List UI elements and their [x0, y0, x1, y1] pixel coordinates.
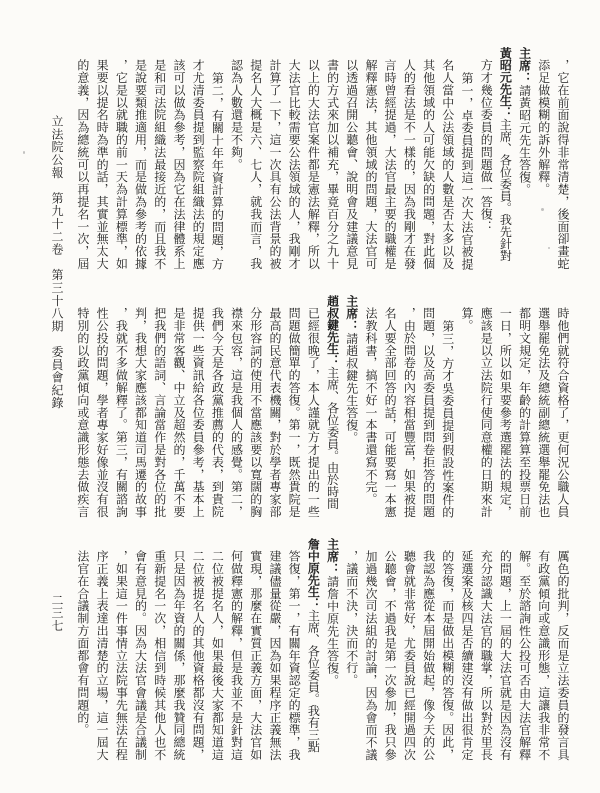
gutter-running-title: 立法院公報 第九十二卷 第三十八期 委員會紀錄 [50, 115, 64, 409]
text-column: 名人要全部回答的話，可能要寫一本憲 [380, 295, 399, 521]
text-column: 第三，方才吳委員提到假設性案件的 [438, 295, 457, 521]
speaker-column: 主席：請詹中原先生答復。 [322, 538, 341, 764]
text-column: 的意義，因為總統可以再提名一次，屆 [73, 47, 92, 273]
speaker-name: 主席： [345, 295, 359, 332]
text-column: 是非常客觀、中立及超然的，千萬不要 [169, 295, 188, 521]
text-column: 時他們就符合資格了，更何況公職人員 [553, 295, 572, 521]
text-column: 算。 [457, 295, 476, 521]
text-column: 充分認識大法官的職掌，所以對於里長 [476, 538, 495, 764]
speaker-name: 詹中原先生： [306, 538, 320, 609]
text-column: 言時曾經提過，大法官最主要的職權是 [380, 47, 399, 273]
text-column: 選舉罷免法及總統副總統選舉罷免法也 [534, 295, 553, 521]
text-column: 二位被提名人，如果最後大家都知道這 [207, 538, 226, 764]
speaker-name: 主席： [326, 538, 340, 575]
gazette-page: 立法院公報 第九十二卷 第三十八期 委員會紀錄 二三七 ，它在前面說得非常清楚，… [0, 0, 600, 793]
text-column: 是說要類推適用，而是做為參考的依據 [130, 47, 149, 273]
speaker-column: 詹中原先生：主席、各位委員。我有三點 [303, 538, 322, 764]
text-column: 添足做模糊的訴外解釋。 [534, 47, 553, 273]
scan-speck [541, 208, 544, 211]
text-column: 大法官比較需要公法領域的人，我剛才 [284, 47, 303, 273]
scan-speck [23, 151, 25, 154]
text-column: 應該是以立法院行使同意權的日期來計 [476, 295, 495, 521]
text-column: 重新提名一次，相信到時候其他人也不 [150, 538, 169, 764]
text-column: ，議而不決，決而不行。 [342, 538, 361, 764]
speaker-column: 黃昭元先生：主席、各位委員。我先針對 [495, 47, 514, 273]
text-column: 提名人大概是六、七人，就我而言，我 [246, 47, 265, 273]
text-column: 的問題，上一屆的大法官就是因為沒有 [495, 538, 514, 764]
speaker-column: 主席：請趙叔鍵先生答復。 [342, 295, 361, 521]
text-column: 實現，那麼在實質正義方面，大法官如 [246, 538, 265, 764]
text-column: 加過幾次司法組的討論，因為會而不議 [361, 538, 380, 764]
text-column: 解釋憲法，其他領域的問題，大法官可 [361, 47, 380, 273]
text-column: 聽會就非常好，尤委員說已經開過四次 [399, 538, 418, 764]
scan-speck [548, 247, 550, 249]
text-column: 書的方式來加以補充，畢竟百分之九十 [322, 47, 341, 273]
text-column: 厲色的批判，反而是立法委員的發言具 [553, 538, 572, 764]
text-column: 法官在合議制方面都會有問題的。 [73, 538, 92, 764]
text-column: ，我就不多做解釋了。第三，有關諮詢 [111, 295, 130, 521]
speaker-name: 趙叔鍵先生： [326, 295, 340, 366]
text-column: 第二，有關十年年資計算的問題，方 [207, 47, 226, 273]
text-column: 才尤清委員提到監察院組織法的規定應 [188, 47, 207, 273]
text-column: 都明文規定，年齡的計算算至投票日前 [514, 295, 533, 521]
text-column: 方才幾位委員的問題做一答復： [476, 47, 495, 273]
text-column: 該可以做為參考，因為它在法律體系上 [169, 47, 188, 273]
text-column: 認為人數還是不夠。 [226, 47, 245, 273]
text-column: 襟來包容，這是我個人的感覺。第二， [226, 295, 245, 521]
text-column: 只是因為年資的關係，那麼我贊同總統 [169, 538, 188, 764]
text-register-bottom: 厲色的批判，反而是立法委員的發言具有政黨傾向或意識形態，這讓我非常不解。至於諮詢… [73, 538, 572, 764]
text-column: 以透過召開公聽會、說明會及建議意見 [342, 47, 361, 273]
speaker-column: 趙叔鍵先生：主席、各位委員。由於時間 [322, 295, 341, 521]
text-column: 第一，卓委員提到這一次大法官被提 [457, 47, 476, 273]
text-column: 二位被提名人的其他資格都沒有問題， [188, 538, 207, 764]
text-register-top: ，它在前面說得非常清楚，後面卻畫蛇添足做模糊的訴外解釋。主席：請黃昭元先生答復。… [73, 47, 572, 273]
text-column: 我們今天是各政黨推薦的代表，到貴院 [207, 295, 226, 521]
text-column: 判，我想大家應該都知道司馬遷的故事 [130, 295, 149, 521]
text-column: 有政黨傾向或意識形態，這讓我非常不 [534, 538, 553, 764]
speaker-column: 主席：請黃昭元先生答復。 [514, 47, 533, 273]
speaker-name: 主席： [518, 47, 532, 84]
text-column: 公聽會，不過我是第一次參加，我只參 [380, 538, 399, 764]
text-column: 解。至於諮詢性公投可否由大法官解釋 [514, 538, 533, 764]
text-column: 的答復，而是做出模糊的答復。因此， [438, 538, 457, 764]
page-number: 二三七 [50, 594, 64, 632]
text-column: 是和司法院組織法最接近的，而且我不 [150, 47, 169, 273]
text-column: 特別的以政黨傾向或意識形態去做疾言 [73, 295, 92, 521]
text-column: 提供一些資訊給各位委員參考，基本上 [188, 295, 207, 521]
text-column: 分形容詞的使用不當應該要以寬闊的胸 [246, 295, 265, 521]
text-column: 問題，以及高委員提到問卷拒答的問題 [418, 295, 437, 521]
text-column: 法教科書，搞不好一本書還寫不完。 [361, 295, 380, 521]
text-column: 已經很晚了，本人謹就方才提出的一些 [303, 295, 322, 521]
text-column: 一日，所以如果要參考選罷法的規定， [495, 295, 514, 521]
text-column: ，由於問卷的內容相當豐富，如果被提 [399, 295, 418, 521]
speaker-name: 黃昭元先生： [498, 47, 512, 118]
text-column: 何做釋憲的解釋，但是我並不是針對這 [226, 538, 245, 764]
text-column: ，如果這一件事情立法院事先無法在程 [111, 538, 130, 764]
text-register-middle: 時他們就符合資格了，更何況公職人員選舉罷免法及總統副總統選舉罷免法也都明文規定，… [73, 295, 572, 521]
text-column: 把我們的語詞、言論當作是對各位的批 [150, 295, 169, 521]
text-column: 序正義上表達出清楚的立場，這一屆大 [92, 538, 111, 764]
text-column: 以上的大法官案件都是憲法解釋，所以 [303, 47, 322, 273]
text-column: 我認為應從本屆開始做起，像今天的公 [418, 538, 437, 764]
text-column: ，它在前面說得非常清楚，後面卻畫蛇 [553, 47, 572, 273]
text-column: 計算了一下，這一次具有公法背景的被 [265, 47, 284, 273]
text-column: 答復，第一，有關年資認定的標準，我 [284, 538, 303, 764]
text-column: 人的看法是不一樣的，因為我剛才在發 [399, 47, 418, 273]
text-column: 問題做簡單的答復。第一，既然貴院是 [284, 295, 303, 521]
text-column: 最高的民意代表機關，對於學者專家部 [265, 295, 284, 521]
text-column: 會有意見的。因為大法官會議是合議制 [130, 538, 149, 764]
text-column: 名人當中公法領域的人數是否太多以及 [438, 47, 457, 273]
text-column: 延選案及核四是否續建沒有做出很肯定 [457, 538, 476, 764]
text-column: ，它是以就職的前一天為計算標準，如 [111, 47, 130, 273]
text-column: 建議儘量從嚴，因為如果程序正義無法 [265, 538, 284, 764]
text-column: 其他領域的人可能欠缺的問題，對此個 [418, 47, 437, 273]
text-column: 果要以提名時為準的話，其實並無太大 [92, 47, 111, 273]
text-column: 性公投的問題，學者專家好像並沒有很 [92, 295, 111, 521]
